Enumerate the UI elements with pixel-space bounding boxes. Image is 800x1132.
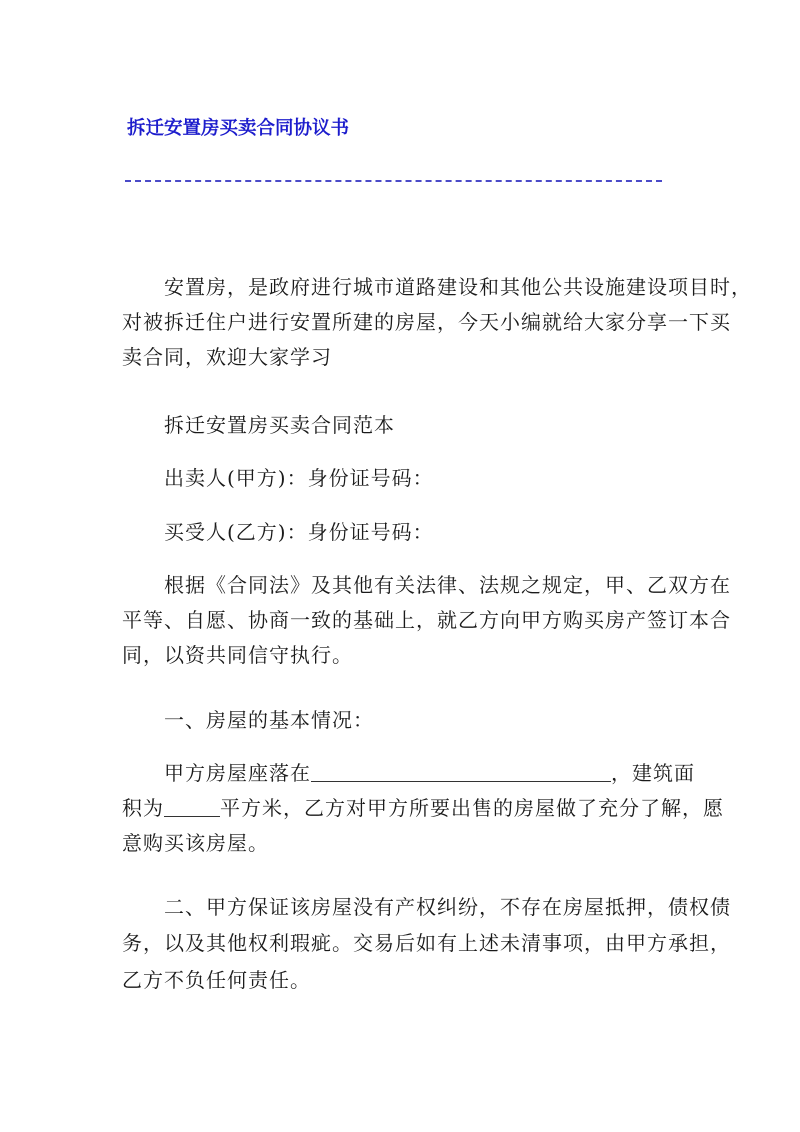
area-unit-text: 平方米，乙方对甲方所要出售的房屋做了充分了解，愿	[220, 796, 724, 820]
intro-line-1: 安置房，是政府进行城市道路建设和其他公共设施建设项目时，	[164, 272, 752, 302]
section-2-line-3: 乙方不负任何责任。	[122, 965, 311, 995]
section-2-line-1: 二、甲方保证该房屋没有产权纠纷，不存在房屋抵押，债权债	[164, 892, 731, 922]
intro-line-3: 卖合同，欢迎大家学习	[122, 342, 332, 372]
template-heading: 拆迁安置房买卖合同范本	[164, 410, 395, 440]
area-label-end: 积为	[122, 796, 164, 820]
seller-line: 出卖人(甲方)：身份证号码：	[164, 463, 434, 493]
document-page: 拆迁安置房买卖合同协议书 安置房，是政府进行城市道路建设和其他公共设施建设项目时…	[0, 0, 800, 1132]
document-title: 拆迁安置房买卖合同协议书	[127, 116, 349, 142]
buyer-line: 买受人(乙方)：身份证号码：	[164, 517, 434, 547]
intro-line-2: 对被拆迁住户进行安置所建的房屋，今天小编就给大家分享一下买	[122, 307, 731, 337]
title-divider	[125, 180, 662, 182]
area-blank-field[interactable]	[164, 796, 220, 817]
location-label: 甲方房屋座落在	[164, 761, 311, 785]
section-2-line-2: 务，以及其他权利瑕疵。交易后如有上述未清事项，由甲方承担，	[122, 928, 731, 958]
basis-line-1: 根据《合同法》及其他有关法律、法规之规定，甲、乙双方在	[164, 570, 731, 600]
section-1-line-3: 意购买该房屋。	[122, 828, 269, 858]
section-1-line-2: 积为平方米，乙方对甲方所要出售的房屋做了充分了解，愿	[122, 793, 724, 823]
location-blank-field[interactable]	[311, 761, 611, 782]
area-label-start: ，建筑面	[611, 761, 695, 785]
section-1-heading: 一、房屋的基本情况：	[164, 705, 374, 735]
basis-line-3: 同，以资共同信守执行。	[122, 640, 353, 670]
basis-line-2: 平等、自愿、协商一致的基础上，就乙方向甲方购买房产签订本合	[122, 605, 731, 635]
section-1-line-1: 甲方房屋座落在，建筑面	[164, 758, 695, 788]
